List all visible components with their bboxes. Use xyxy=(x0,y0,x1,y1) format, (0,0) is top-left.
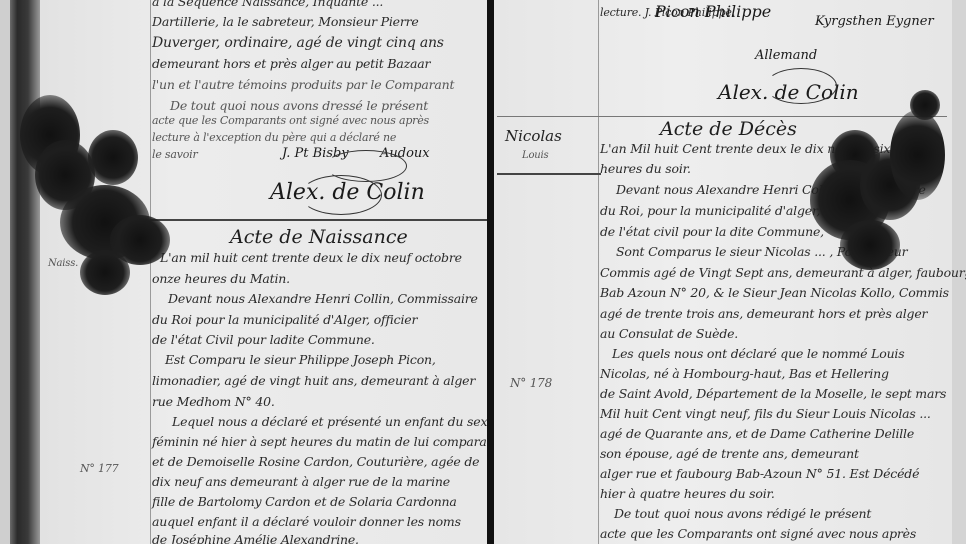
left-top-line-1: Dartillerie, la le sabreteur, Monsieur P… xyxy=(152,14,419,29)
right-act-line-7: Bab Azoun N° 20, & le Sieur Jean Nicolas… xyxy=(600,285,949,300)
left-top-line-5: De tout quoi nous avons dressé le présen… xyxy=(170,98,428,113)
margin-subname: Louis xyxy=(522,150,548,161)
left-margin-rule xyxy=(150,0,151,544)
left-act-line-9: féminin né hier à sept heures du matin d… xyxy=(152,434,499,449)
ink-blot xyxy=(80,250,130,295)
right-act-line-10: Les quels nous ont déclaré que le nommé … xyxy=(612,346,904,361)
right-margin-rule xyxy=(598,0,599,544)
left-act-line-10: et de Demoiselle Rosine Cardon, Couturiè… xyxy=(152,454,479,469)
ink-blot xyxy=(88,130,138,185)
right-act-line-16: alger rue et faubourg Bab-Azoun N° 51. E… xyxy=(600,466,919,481)
left-top-line-6: acte que les Comparants ont signé avec n… xyxy=(152,114,429,127)
officer-flourish-left xyxy=(300,175,382,215)
right-act-title: Acte de Décès xyxy=(660,118,797,140)
left-act-line-14: de Joséphine Amélie Alexandrine. xyxy=(152,532,359,544)
left-margin-number: N° 177 xyxy=(80,462,118,475)
right-act-line-18: De tout quoi nous avons rédigé le présen… xyxy=(614,506,871,521)
left-act-line-13: auquel enfant il a déclaré vouloir donne… xyxy=(152,514,461,529)
left-act-line-6: limonadier, agé de vingt huit ans, demeu… xyxy=(152,373,475,388)
left-act-line-11: dix neuf ans demeurant à alger rue de la… xyxy=(152,474,450,489)
left-margin-note-naissance: Naiss. xyxy=(48,258,78,269)
signature-allemand: Allemand xyxy=(755,48,817,63)
right-act-line-8: agé de trente trois ans, demeurant hors … xyxy=(600,306,927,321)
right-act-line-1: heures du soir. xyxy=(600,161,691,176)
right-act-line-14: agé de Quarante ans, et de Dame Catherin… xyxy=(600,426,914,441)
book-binding xyxy=(10,0,40,544)
right-act-line-13: Mil huit Cent vingt neuf, fils du Sieur … xyxy=(600,406,931,421)
left-act-line-0: L'an mil huit cent trente deux le dix ne… xyxy=(160,250,462,265)
left-act-title: Acte de Naissance xyxy=(230,226,408,248)
left-act-line-4: de l'état Civil pour ladite Commune. xyxy=(152,332,375,347)
left-top-line-0: a la Sequence Naissance, Inquante ... xyxy=(152,0,383,9)
officer-flourish-right xyxy=(765,68,837,104)
left-top-line-4: l'un et l'autre témoins produits par le … xyxy=(152,77,454,92)
right-margin-box-bottom xyxy=(497,173,601,175)
left-act-line-3: du Roi pour la municipalité d'Alger, off… xyxy=(152,312,417,327)
left-top-line-3: demeurant hors et près alger au petit Ba… xyxy=(152,56,430,71)
ink-blot xyxy=(910,90,940,120)
signature-picon: Picon Philippe xyxy=(655,2,771,21)
left-top-line-2: Duverger, ordinaire, agé de vingt cinq a… xyxy=(152,35,444,51)
right-act-line-17: hier à quatre heures du soir. xyxy=(600,486,775,501)
left-act-line-5: Est Comparu le sieur Philippe Joseph Pic… xyxy=(165,352,436,367)
left-act-line-2: Devant nous Alexandre Henri Collin, Comm… xyxy=(168,291,478,306)
ink-blot xyxy=(840,220,900,270)
right-act-line-15: son épouse, agé de trente ans, demeurant xyxy=(600,446,859,461)
ink-blot xyxy=(890,110,945,200)
signature-witness-right: Kyrgsthen Eygner xyxy=(815,14,934,29)
left-act-line-8: Lequel nous a déclaré et présenté un enf… xyxy=(172,414,495,429)
left-top-line-8: le savoir xyxy=(152,148,198,161)
scanned-ledger: a la Sequence Naissance, Inquante ... Da… xyxy=(0,0,966,544)
left-top-line-7: lecture à l'exception du père qui a décl… xyxy=(152,131,396,144)
right-margin-number: N° 178 xyxy=(510,376,552,390)
left-act-line-12: fille de Bartolomy Cardon et de Solaria … xyxy=(152,494,457,509)
margin-name-nicolas: Nicolas xyxy=(505,127,562,145)
right-act-line-19: acte que les Comparants ont signé avec n… xyxy=(600,526,916,541)
right-act-line-9: au Consulat de Suède. xyxy=(600,326,738,341)
right-act-line-11: Nicolas, né à Hombourg-haut, Bas et Hell… xyxy=(600,366,889,381)
left-act-divider xyxy=(150,219,488,221)
right-act-divider-top xyxy=(497,116,947,117)
left-act-line-1: onze heures du Matin. xyxy=(152,271,290,286)
right-act-line-6: Commis agé de Vingt Sept ans, demeurant … xyxy=(600,265,966,280)
left-act-line-7: rue Medhom N° 40. xyxy=(152,394,275,409)
right-act-line-12: de Saint Avold, Département de la Mosell… xyxy=(600,386,946,401)
right-act-line-4: de l'état civil pour la dite Commune, xyxy=(600,224,824,239)
